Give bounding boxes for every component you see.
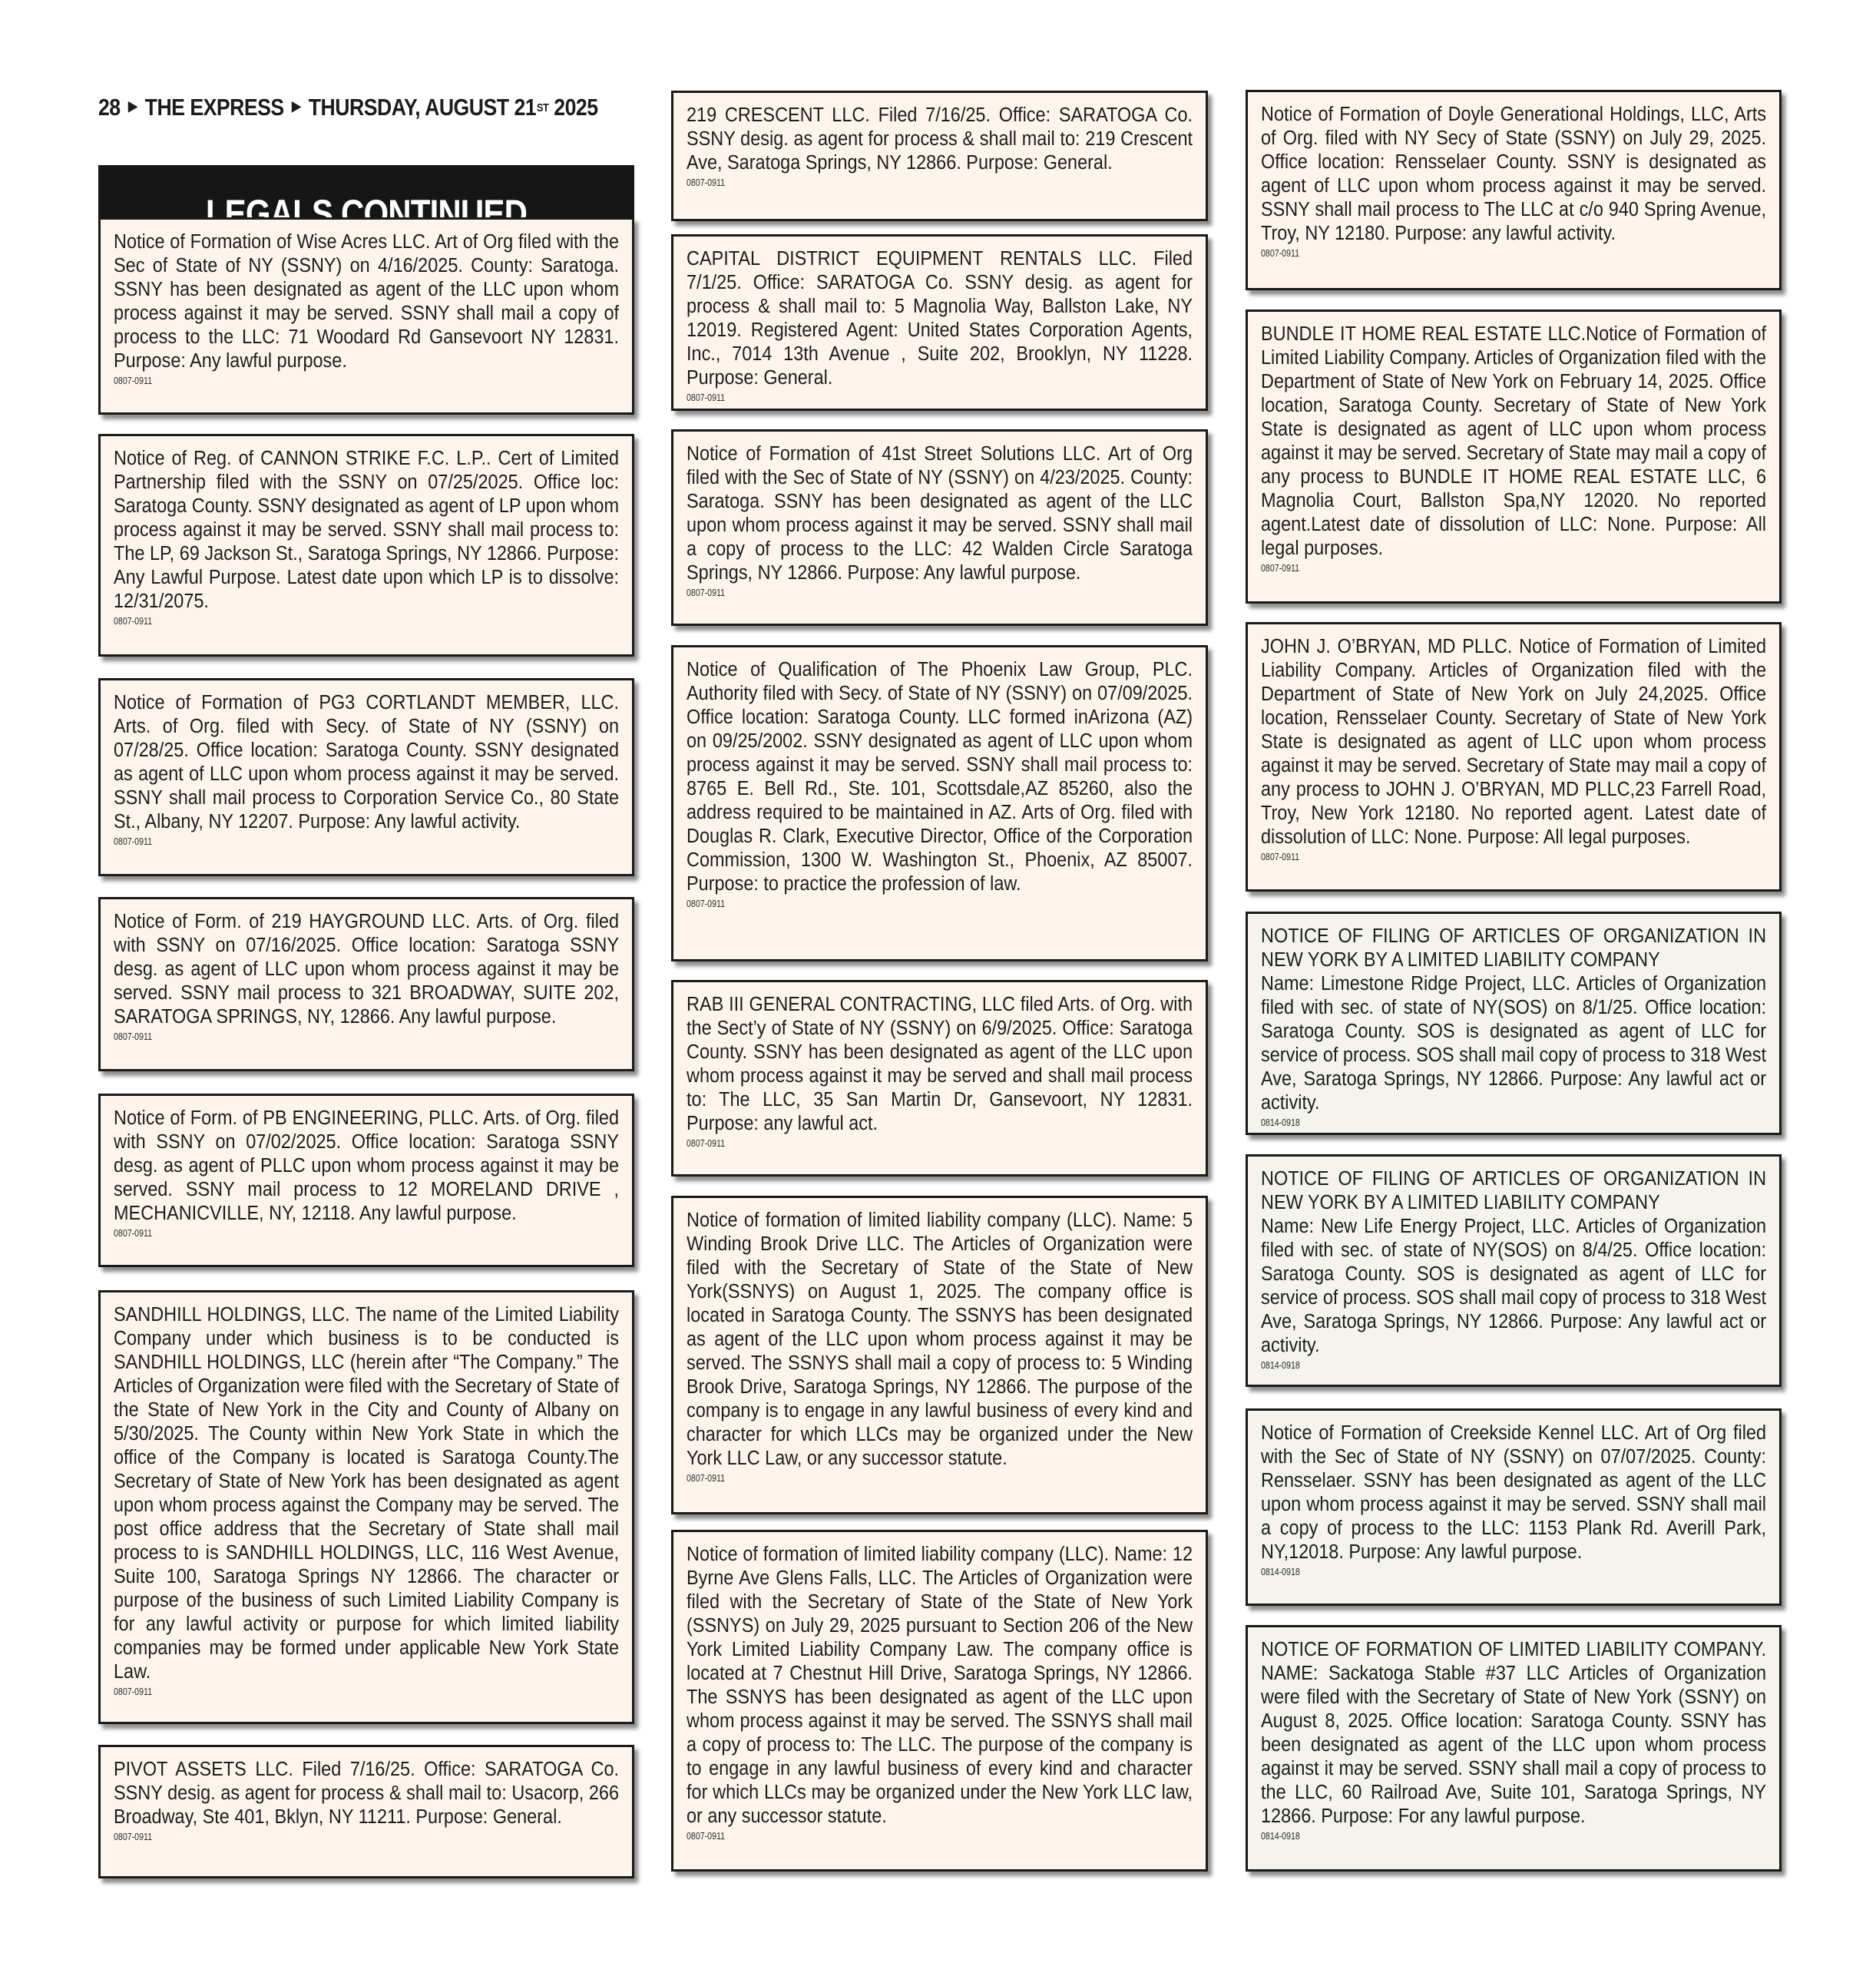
notice-run-code: 0807-0911 xyxy=(1261,248,1690,259)
legal-notice-john-obryan-md: JOHN J. O’BRYAN, MD PLLC. Notice of Form… xyxy=(1246,622,1782,892)
triangle-right-icon: ▶ xyxy=(292,98,300,114)
legal-notice-new-life-energy: NOTICE OF FILING OF ARTICLES OF ORGANIZA… xyxy=(1246,1154,1782,1387)
legal-notice-sandhill-holdings: SANDHILL HOLDINGS, LLC. The name of the … xyxy=(98,1290,634,1724)
notice-text: BUNDLE IT HOME REAL ESTATE LLC.Notice of… xyxy=(1261,323,1766,561)
notice-text: NOTICE OF FILING OF ARTICLES OF ORGANIZA… xyxy=(1261,1167,1766,1358)
notice-text: Notice of Qualification of The Phoenix L… xyxy=(687,658,1193,896)
legal-notice-12-byrne-ave: Notice of formation of limited liability… xyxy=(671,1530,1208,1872)
legal-notice-capital-district-equipment: CAPITAL DISTRICT EQUIPMENT RENTALS LLC. … xyxy=(671,234,1208,411)
triangle-right-icon: ▶ xyxy=(128,98,137,114)
publication-name: THE EXPRESS xyxy=(145,94,284,121)
notice-run-code: 0807-0911 xyxy=(114,1228,543,1239)
notice-run-code: 0807-0911 xyxy=(687,392,1117,403)
legal-notice-pb-engineering: Notice of Form. of PB ENGINEERING, PLLC.… xyxy=(98,1094,634,1267)
issue-year: 2025 xyxy=(554,94,597,121)
notice-run-code: 0807-0911 xyxy=(687,177,1117,188)
notice-text: Notice of Form. of PB ENGINEERING, PLLC.… xyxy=(114,1107,619,1226)
notice-text: CAPITAL DISTRICT EQUIPMENT RENTALS LLC. … xyxy=(687,247,1193,390)
legal-notice-219-hayground: Notice of Form. of 219 HAYGROUND LLC. Ar… xyxy=(98,897,634,1071)
legal-notice-wise-acres: Notice of Formation of Wise Acres LLC. A… xyxy=(98,217,634,415)
notice-run-code: 0807-0911 xyxy=(687,899,1117,909)
legal-notice-219-crescent: 219 CRESCENT LLC. Filed 7/16/25. Office:… xyxy=(671,91,1208,221)
notice-text: PIVOT ASSETS LLC. Filed 7/16/25. Office:… xyxy=(114,1758,619,1829)
notice-run-code: 0807-0911 xyxy=(687,1473,1117,1484)
page-number: 28 xyxy=(98,94,121,121)
notice-text: NOTICE OF FILING OF ARTICLES OF ORGANIZA… xyxy=(1261,925,1766,1115)
legal-notice-doyle-generational: Notice of Formation of Doyle Generationa… xyxy=(1246,90,1782,290)
notice-text: RAB III GENERAL CONTRACTING, LLC filed A… xyxy=(687,993,1193,1136)
notice-text: JOHN J. O’BRYAN, MD PLLC. Notice of Form… xyxy=(1261,635,1766,849)
notice-run-code: 0807-0911 xyxy=(114,1686,543,1697)
notice-text: Notice of Formation of PG3 CORTLANDT MEM… xyxy=(114,691,619,834)
notice-run-code: 0814-0918 xyxy=(1261,1360,1690,1371)
legal-notice-rab-iii-contracting: RAB III GENERAL CONTRACTING, LLC filed A… xyxy=(671,980,1208,1177)
notice-run-code: 0807-0911 xyxy=(687,1831,1117,1842)
notice-text: Notice of formation of limited liability… xyxy=(687,1543,1193,1829)
notice-run-code: 0814-0918 xyxy=(1261,1567,1690,1577)
notice-text: Notice of Form. of 219 HAYGROUND LLC. Ar… xyxy=(114,910,619,1029)
notice-run-code: 0807-0911 xyxy=(114,1832,543,1842)
legal-notice-phoenix-law-group: Notice of Qualification of The Phoenix L… xyxy=(671,645,1208,961)
notice-run-code: 0814-0918 xyxy=(1261,1831,1690,1842)
notice-text: Notice of Formation of Doyle Generationa… xyxy=(1261,103,1766,246)
notice-run-code: 0807-0911 xyxy=(114,836,543,847)
legal-notice-5-winding-brook: Notice of formation of limited liability… xyxy=(671,1196,1208,1514)
notice-text: Notice of Reg. of CANNON STRIKE F.C. L.P… xyxy=(114,447,619,614)
notice-run-code: 0814-0918 xyxy=(1261,1117,1690,1128)
notice-text: 219 CRESCENT LLC. Filed 7/16/25. Office:… xyxy=(687,104,1193,175)
notice-run-code: 0807-0911 xyxy=(1261,563,1690,574)
notice-run-code: 0807-0911 xyxy=(114,376,543,386)
notice-text: NOTICE OF FORMATION OF LIMITED LIABILITY… xyxy=(1261,1638,1766,1829)
date-ordinal-suffix: ST xyxy=(537,101,548,114)
notice-text: Notice of Formation of Wise Acres LLC. A… xyxy=(114,230,619,373)
notice-text: SANDHILL HOLDINGS, LLC. The name of the … xyxy=(114,1303,619,1684)
legal-notice-41st-street-solutions: Notice of Formation of 41st Street Solut… xyxy=(671,429,1208,626)
legal-notice-pg3-cortlandt: Notice of Formation of PG3 CORTLANDT MEM… xyxy=(98,678,634,876)
issue-date: THURSDAY, AUGUST 21 xyxy=(309,94,536,121)
notice-run-code: 0807-0911 xyxy=(114,616,543,627)
notice-run-code: 0807-0911 xyxy=(687,1138,1117,1149)
legal-notice-cannon-strike: Notice of Reg. of CANNON STRIKE F.C. L.P… xyxy=(98,434,634,657)
legal-notice-bundle-it-home: BUNDLE IT HOME REAL ESTATE LLC.Notice of… xyxy=(1246,309,1782,604)
legal-notice-limestone-ridge: NOTICE OF FILING OF ARTICLES OF ORGANIZA… xyxy=(1246,912,1782,1135)
legal-notice-sackatoga-stable: NOTICE OF FORMATION OF LIMITED LIABILITY… xyxy=(1246,1625,1782,1872)
page-header: 28 ▶ THE EXPRESS ▶ THURSDAY, AUGUST 21ST… xyxy=(98,91,561,124)
notice-run-code: 0807-0911 xyxy=(114,1031,543,1042)
notice-run-code: 0807-0911 xyxy=(1261,852,1690,862)
notice-text: Notice of formation of limited liability… xyxy=(687,1209,1193,1471)
legal-notice-pivot-assets: PIVOT ASSETS LLC. Filed 7/16/25. Office:… xyxy=(98,1745,634,1878)
notice-text: Notice of Formation of Creekside Kennel … xyxy=(1261,1422,1766,1564)
legal-notice-creekside-kennel: Notice of Formation of Creekside Kennel … xyxy=(1246,1408,1782,1606)
notice-text: Notice of Formation of 41st Street Solut… xyxy=(687,442,1193,585)
notice-run-code: 0807-0911 xyxy=(687,587,1117,598)
